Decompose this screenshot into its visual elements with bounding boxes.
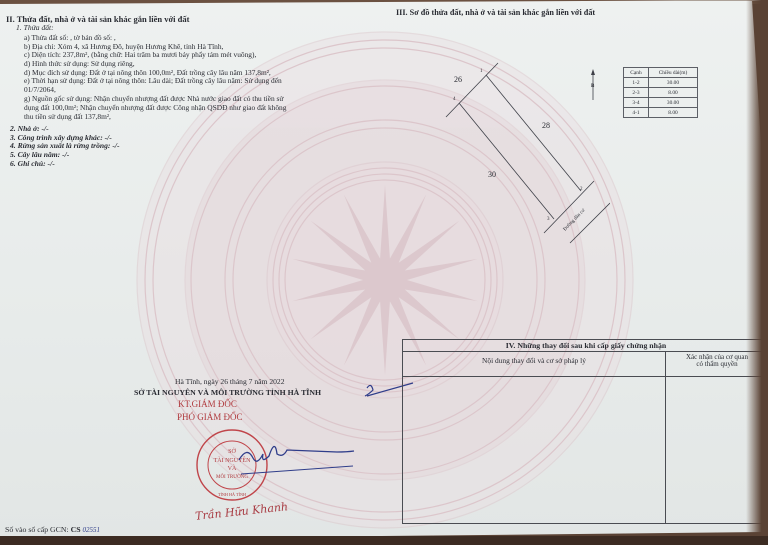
edge-table-header-edge: Cạnh [624, 68, 649, 78]
land-detail-line: d) Hình thức sử dụng: Sử dụng riêng, [24, 60, 135, 67]
north-label: B [591, 84, 595, 89]
asset-item: 3. Công trình xây dựng khác: -/- [10, 134, 112, 142]
changes-table: IV. Những thay đổi sau khi cấp giấy chứn… [402, 339, 768, 524]
deputy-director: PHÓ GIÁM ĐỐC [177, 413, 243, 422]
changes-content-column [403, 352, 666, 523]
land-detail-line: a) Thửa đất số: , tờ bản đồ số: , [24, 34, 116, 41]
edge-row: 4-18.00 [624, 108, 698, 118]
registry-label: Số vào sổ cấp GCN: [5, 525, 69, 534]
section3-title: III. Sơ đồ thửa đất, nhà ở và tài sản kh… [396, 9, 595, 17]
land-detail-line: 01/7/2064, [24, 86, 56, 93]
vertex-4: 4 [453, 97, 456, 102]
kt-director: KT.GIÁM ĐỐC [178, 400, 237, 409]
registry-number-label: Số vào sổ cấp GCN: CS 02551 [5, 526, 100, 534]
section2-sub1-title: 1. Thửa đất: [16, 24, 54, 32]
asset-item: 5. Cây lâu năm: -/- [10, 151, 69, 159]
vertex-1: 1 [480, 69, 483, 74]
land-detail-line: dụng đất 100,0m²; Nhận chuyển nhượng đất… [24, 104, 286, 111]
road-label: Đường dân cư [563, 208, 587, 232]
asset-item: 6. Ghi chú: -/- [10, 160, 55, 168]
land-detail-line: thu tiền sử dụng đất 137,8m², [24, 113, 111, 120]
edge-length-table: Cạnh Chiều dài(m) 1-230.002-38.003-430.0… [623, 67, 698, 118]
section4-title: IV. Những thay đổi sau khi cấp giấy chứn… [403, 340, 768, 352]
svg-text:TỈNH HÀ TĨNH: TỈNH HÀ TĨNH [218, 492, 246, 497]
asset-item: 4. Rừng sản xuất là rừng trồng: -/- [10, 142, 120, 150]
vertex-2: 2 [580, 187, 583, 192]
edge-table-header-length: Chiều dài(m) [649, 68, 698, 78]
neighbor-30: 30 [488, 170, 496, 179]
edge-row: 2-38.00 [624, 88, 698, 98]
issue-date: Hà Tĩnh, ngày 26 tháng 7 năm 2022 [175, 378, 285, 386]
issuing-agency: SỞ TÀI NGUYÊN VÀ MÔI TRƯỜNG TỈNH HÀ TĨNH [134, 389, 321, 397]
parcel-diagram: 26 28 30 1 2 3 4 B Đường dân cư [430, 55, 610, 245]
land-detail-line: e) Thời hạn sử dụng: Đất ở tại nông thôn… [24, 77, 282, 84]
registry-prefix: CS [71, 525, 81, 534]
certificate-page: II. Thửa đất, nhà ở và tài sản khác gắn … [0, 0, 768, 545]
background-right-edge [746, 0, 768, 545]
registry-number: 02551 [83, 526, 101, 534]
asset-item: 2. Nhà ở: -/- [10, 125, 49, 133]
vertex-3: 3 [547, 217, 550, 222]
neighbor-26: 26 [454, 75, 462, 84]
background-bottom-edge [0, 536, 768, 545]
edge-row: 3-430.00 [624, 98, 698, 108]
changes-content-header: Nội dung thay đổi và cơ sở pháp lý [403, 356, 665, 365]
handwritten-signature [235, 440, 355, 480]
land-detail-line: g) Nguồn gốc sử dụng: Nhận chuyển nhượng… [24, 95, 283, 102]
neighbor-28: 28 [542, 121, 550, 130]
land-detail-line: c) Diện tích: 237,8m², (bằng chữ: Hai tr… [24, 51, 256, 58]
edge-row: 1-230.00 [624, 78, 698, 88]
